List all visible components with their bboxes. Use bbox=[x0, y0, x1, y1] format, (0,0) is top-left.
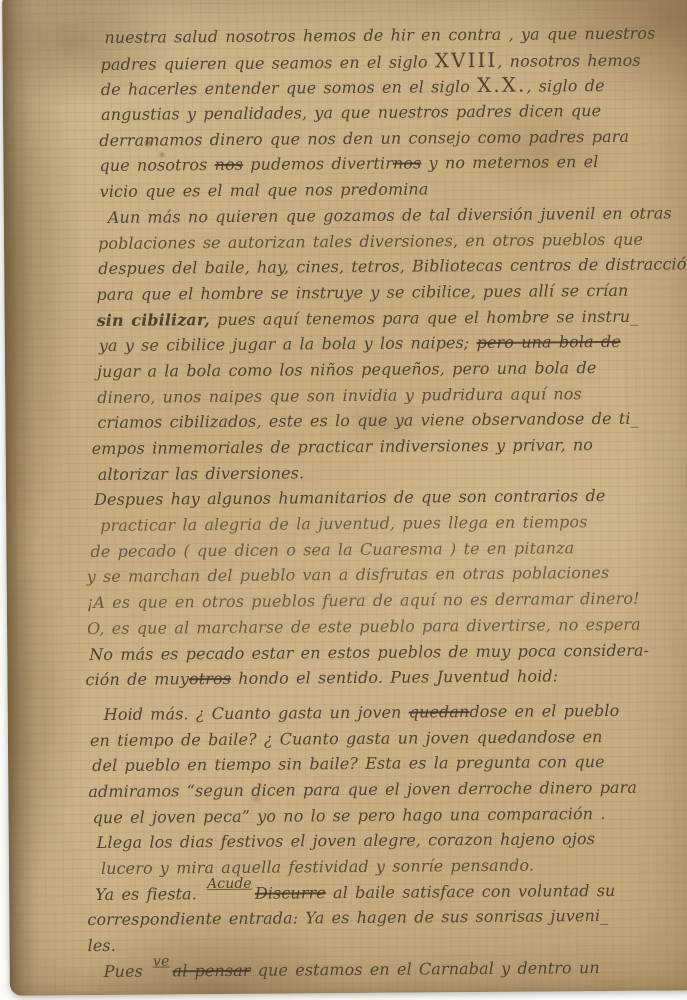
manuscript-line-16: criamos cibilizados, este es lo que ya v… bbox=[97, 406, 687, 436]
text-segment: dose en el pueblo bbox=[469, 701, 619, 721]
text-segment: y no meternos en el bbox=[421, 152, 598, 172]
text-segment: Hoid más. ¿ Cuanto gasta un joven bbox=[104, 702, 409, 723]
struck-text: nos bbox=[393, 154, 422, 173]
text-segment: del pueblo en tiempo sin baile? Esta es … bbox=[92, 752, 605, 775]
manuscript-line-25: No más es pecado estar en estos pueblos … bbox=[89, 637, 687, 667]
text-segment: criamos cibilizados, este es lo que ya v… bbox=[97, 409, 638, 432]
text-segment: les. bbox=[87, 936, 115, 955]
manuscript-line-9: poblaciones se autorizan tales diversion… bbox=[98, 226, 686, 256]
manuscript-line-11: para que el hombre se instruye y se cibi… bbox=[96, 277, 686, 307]
inserted-text: ve bbox=[153, 956, 169, 967]
text-segment: para que el hombre se instruye y se cibi… bbox=[96, 281, 628, 304]
manuscript-line-37: Pues veal pensar que estamos en el Carna… bbox=[104, 954, 687, 984]
text-segment: , nosotros hemos bbox=[497, 50, 641, 70]
text-segment: que el joven peca” yo no lo se pero hago… bbox=[92, 804, 605, 827]
manuscript-line-24: O, es que al marcharse de este pueblo pa… bbox=[87, 611, 687, 641]
text-segment: hondo el sentido. Pues Juventud hoid: bbox=[231, 667, 558, 689]
struck-text: Discurre bbox=[255, 883, 326, 903]
text-segment: Despues hay algunos humanitarios de que … bbox=[94, 486, 606, 509]
manuscript-line-15: dinero, unos naipes que son invidia y pu… bbox=[97, 380, 687, 410]
text-segment: empos inmemoriales de practicar indivers… bbox=[92, 435, 593, 458]
text-segment: practicar la alegria de la juventud, pue… bbox=[100, 512, 587, 535]
text-segment: angustias y penalidades, ya que nuestros… bbox=[101, 101, 601, 124]
text-segment: No más es pecado estar en estos pueblos … bbox=[89, 640, 649, 663]
manuscript-line-33: lucero y mira aquella festividad y sonrí… bbox=[101, 851, 687, 881]
text-segment: despues del baile, hay, cines, tetros, B… bbox=[98, 254, 687, 278]
text-segment: de pecado ( que dicen o sea la Cuaresma … bbox=[90, 538, 574, 561]
text-segment: derramamos dinero que nos den un consejo… bbox=[99, 127, 629, 150]
struck-text: quedan bbox=[409, 702, 470, 721]
text-segment: nuestra salud nosotros hemos de hir en c… bbox=[104, 24, 655, 47]
text-segment: al baile satisface con voluntad su bbox=[326, 881, 616, 902]
manuscript-line-13: ya y se cibilice jugar a la bola y los n… bbox=[99, 329, 687, 359]
manuscript-line-6: que nosotros nos pudemos divertirnos y n… bbox=[99, 149, 685, 179]
roman-numeral: X.X. bbox=[477, 73, 526, 97]
text-segment: correspondiente entrada: Ya es hagen de … bbox=[87, 906, 608, 929]
struck-text: nos bbox=[215, 155, 244, 174]
manuscript-line-27: Hoid más. ¿ Cuanto gasta un joven quedan… bbox=[104, 697, 687, 727]
text-segment: padres quieren que seamos en el siglo bbox=[101, 52, 435, 74]
manuscript-text: nuestra salud nosotros hemos de hir en c… bbox=[2, 0, 687, 996]
text-segment: dinero, unos naipes que son invidia y pu… bbox=[97, 384, 582, 407]
manuscript-line-31: que el joven peca” yo no lo se pero hago… bbox=[92, 800, 687, 830]
text-segment: O, es que al marcharse de este pueblo pa… bbox=[87, 615, 641, 638]
text-segment: lucero y mira aquella festividad y sonrí… bbox=[101, 856, 534, 878]
text-segment: Pues bbox=[104, 961, 150, 980]
struck-text: al pensar bbox=[172, 961, 250, 981]
text-segment: ya y se cibilice jugar a la bola y los n… bbox=[99, 333, 477, 355]
text-segment: vicio que es el mal que nos predomina bbox=[100, 180, 429, 202]
text-segment: jugar a la bola como los niños pequeños,… bbox=[97, 358, 596, 381]
emphasized-text: sin cibilizar, bbox=[97, 310, 210, 330]
manuscript-page: nuestra salud nosotros hemos de hir en c… bbox=[2, 0, 687, 996]
text-segment: de hacerles entender que somos en el sig… bbox=[101, 77, 477, 99]
roman-numeral: XVIII bbox=[435, 48, 498, 72]
text-segment: Ya es fiesta. bbox=[95, 884, 204, 904]
scanned-document-photo: nuestra salud nosotros hemos de hir en c… bbox=[0, 0, 687, 1000]
text-segment: y se marchan del pueblo van a disfrutas … bbox=[87, 563, 610, 586]
text-segment: pues aquí tenemos para que el hombre se … bbox=[210, 306, 639, 328]
text-segment: altorizar las diversiones. bbox=[98, 463, 304, 484]
text-segment: que nosotros bbox=[99, 155, 214, 175]
inserted-text: Acude bbox=[207, 878, 252, 889]
text-segment: ción de muy bbox=[85, 669, 189, 689]
manuscript-line-26: ción de muyotros hondo el sentido. Pues … bbox=[85, 663, 687, 693]
struck-text: pero una bola de bbox=[477, 332, 621, 352]
text-segment: Aun más no quieren que gozamos de tal di… bbox=[108, 203, 672, 226]
text-segment: ¡A es que en otros pueblos fuera de aquí… bbox=[87, 589, 640, 612]
text-segment: pudemos divertir bbox=[243, 154, 393, 174]
manuscript-line-35: correspondiente entrada: Ya es hagen de … bbox=[87, 903, 687, 933]
struck-text: otros bbox=[189, 669, 231, 688]
text-segment: admiramos “segun dicen para que el joven… bbox=[88, 778, 637, 801]
text-segment: que estamos en el Carnabal y dentro un bbox=[250, 958, 599, 980]
text-segment: poblaciones se autorizan tales diversion… bbox=[98, 229, 643, 252]
text-segment: Llega los dias festivos el joven alegre,… bbox=[97, 829, 595, 852]
text-segment: , siglo de bbox=[526, 76, 604, 96]
text-segment: en tiempo de baile? ¿ Cuanto gasta un jo… bbox=[90, 727, 603, 750]
